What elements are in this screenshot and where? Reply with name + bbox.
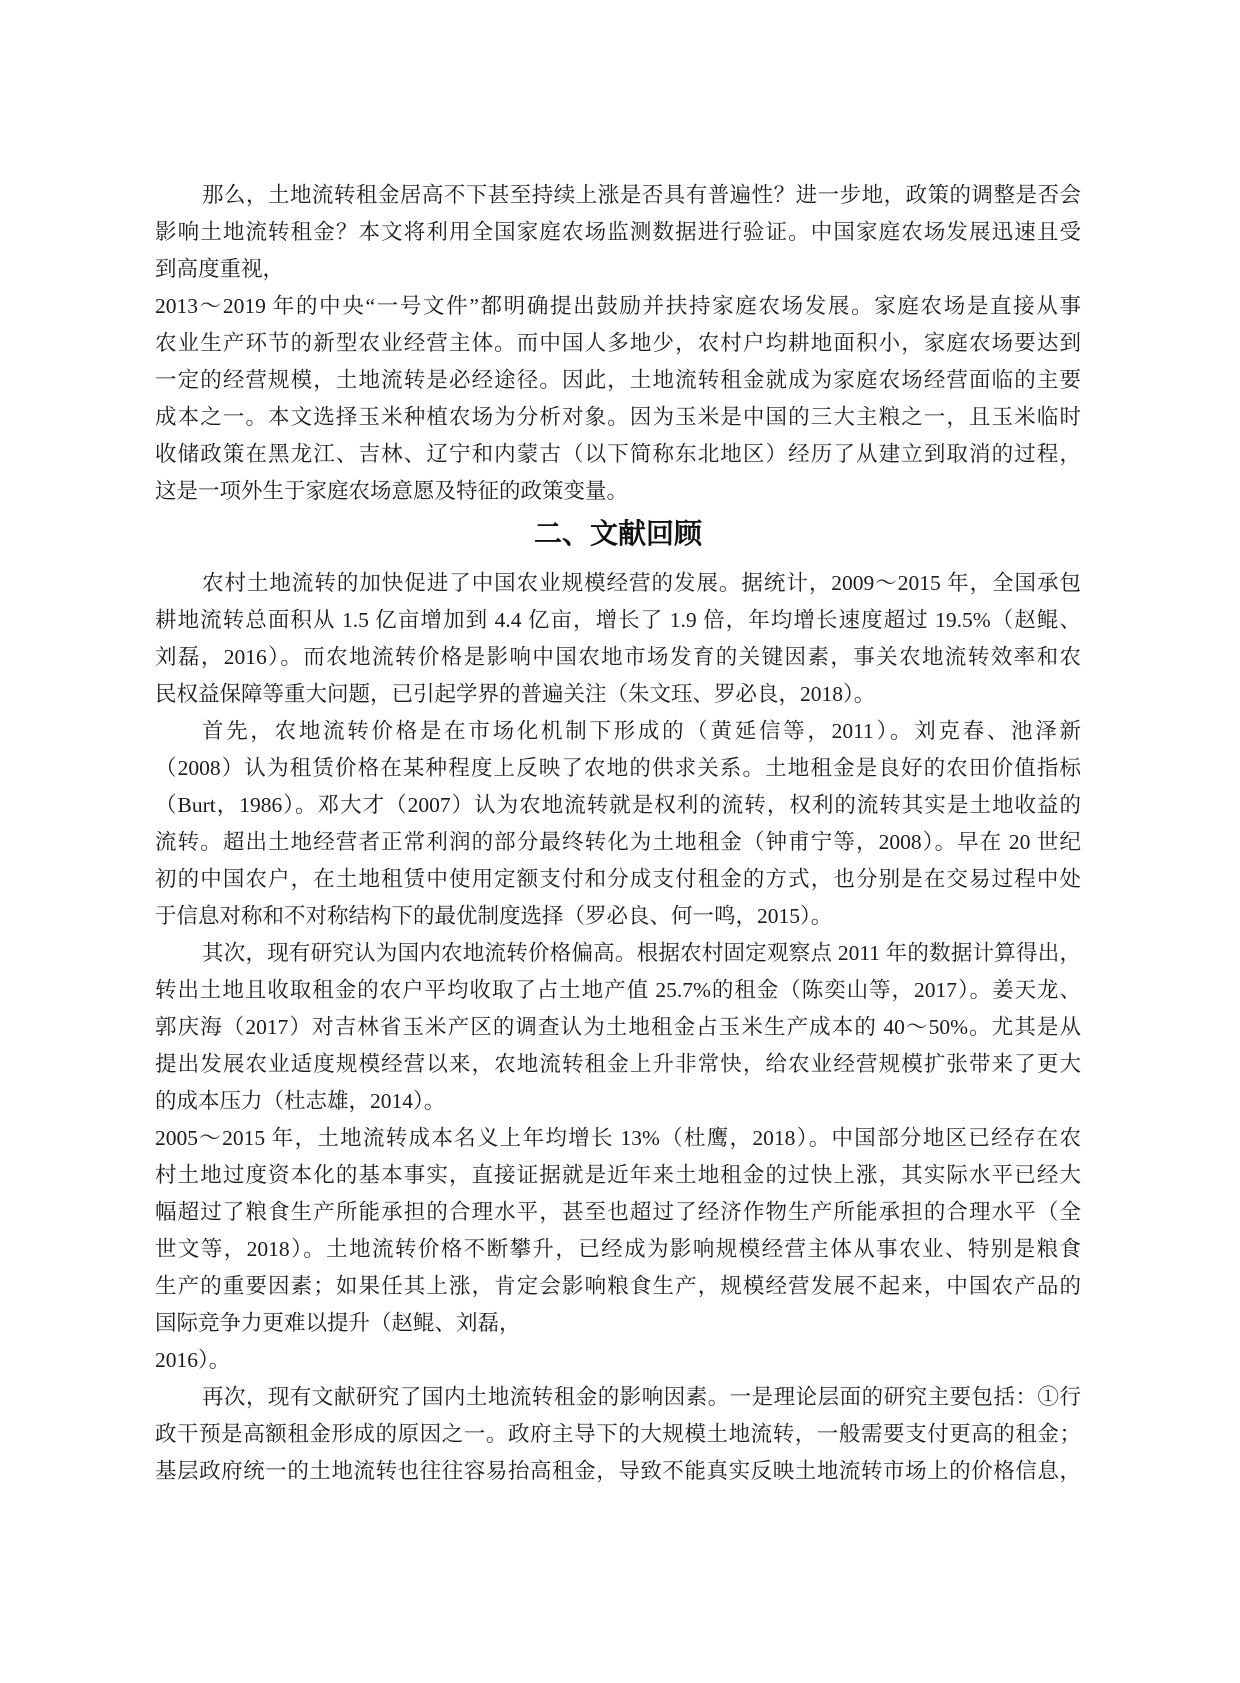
paragraph: 2016）。 [155, 1342, 1081, 1379]
text-line: 民权益保障等重大问题，已引起学界的普遍关注（朱文珏、罗必良，2018）。 [155, 676, 1081, 713]
paragraph: 那么，土地流转租金居高不下甚至持续上涨是否具有普遍性？进一步地，政策的调整是否会… [155, 177, 1081, 288]
text-line: 生产的重要因素；如果任其上涨，肯定会影响粮食生产，规模经营发展不起来，中国农产品… [155, 1268, 1081, 1305]
text-line: 提出发展农业适度规模经营以来，农地流转租金上升非常快，给农业经营规模扩张带来了更… [155, 1046, 1081, 1083]
text-line: 一定的经营规模，土地流转是必经途径。因此，土地流转租金就成为家庭农场经营面临的主… [155, 362, 1081, 399]
text-line: 收储政策在黑龙江、吉林、辽宁和内蒙古（以下简称东北地区）经历了从建立到取消的过程… [155, 436, 1081, 473]
text-line: 那么，土地流转租金居高不下甚至持续上涨是否具有普遍性？进一步地，政策的调整是否会 [155, 177, 1081, 214]
paragraph: 首先，农地流转价格是在市场化机制下形成的（黄延信等，2011）。刘克春、池泽新（… [155, 713, 1081, 935]
text-line: 再次，现有文献研究了国内土地流转租金的影响因素。一是理论层面的研究主要包括：①行 [155, 1379, 1081, 1416]
text-line: （2008）认为租赁价格在某种程度上反映了农地的供求关系。土地租金是良好的农田价… [155, 750, 1081, 787]
paragraph: 2013～2019 年的中央“一号文件”都明确提出鼓励并扶持家庭农场发展。家庭农… [155, 288, 1081, 510]
text-line: 到高度重视， [155, 251, 1081, 288]
text-line: 基层政府统一的土地流转也往往容易抬高租金，导致不能真实反映土地流转市场上的价格信… [155, 1453, 1081, 1490]
text-line: 农村土地流转的加快促进了中国农业规模经营的发展。据统计，2009～2015 年，… [155, 565, 1081, 602]
paragraph: 其次，现有研究认为国内农地流转价格偏高。根据农村固定观察点 2011 年的数据计… [155, 935, 1081, 1120]
text-line: 流转。超出土地经营者正常利润的部分最终转化为土地租金（钟甫宁等，2008）。早在… [155, 824, 1081, 861]
text-line: 2016）。 [155, 1342, 1081, 1379]
text-line: 农业生产环节的新型农业经营主体。而中国人多地少，农村户均耕地面积小，家庭农场要达… [155, 325, 1081, 362]
text-line: 幅超过了粮食生产所能承担的合理水平，甚至也超过了经济作物生产所能承担的合理水平（… [155, 1194, 1081, 1231]
text-line: 国际竞争力更难以提升（赵鲲、刘磊， [155, 1305, 1081, 1342]
text-line: 影响土地流转租金？本文将利用全国家庭农场监测数据进行验证。中国家庭农场发展迅速且… [155, 214, 1081, 251]
text-line: 这是一项外生于家庭农场意愿及特征的政策变量。 [155, 473, 1081, 510]
text-line: 耕地流转总面积从 1.5 亿亩增加到 4.4 亿亩，增长了 1.9 倍，年均增长… [155, 602, 1081, 639]
text-line: 2013～2019 年的中央“一号文件”都明确提出鼓励并扶持家庭农场发展。家庭农… [155, 288, 1081, 325]
text-line: 刘磊，2016）。而农地流转价格是影响中国农地市场发育的关键因素，事关农地流转效… [155, 639, 1081, 676]
text-line: 郭庆海（2017）对吉林省玉米产区的调查认为土地租金占玉米生产成本的 40～50… [155, 1009, 1081, 1046]
text-line: 于信息对称和不对称结构下的最优制度选择（罗必良、何一鸣，2015）。 [155, 898, 1081, 935]
text-line: 世文等，2018）。土地流转价格不断攀升，已经成为影响规模经营主体从事农业、特别… [155, 1231, 1081, 1268]
text-line: 村土地过度资本化的基本事实，直接证据就是近年来土地租金的过快上涨，其实际水平已经… [155, 1157, 1081, 1194]
text-line: 初的中国农户，在土地租赁中使用定额支付和分成支付租金的方式，也分别是在交易过程中… [155, 861, 1081, 898]
text-line: 转出土地且收取租金的农户平均收取了占土地产值 25.7%的租金（陈奕山等，201… [155, 972, 1081, 1009]
text-line: 成本之一。本文选择玉米种植农场为分析对象。因为玉米是中国的三大主粮之一，且玉米临… [155, 399, 1081, 436]
section-heading: 二、文献回顾 [155, 514, 1081, 554]
text-line: 2005～2015 年，土地流转成本名义上年均增长 13%（杜鹰，2018）。中… [155, 1120, 1081, 1157]
document-page: 那么，土地流转租金居高不下甚至持续上涨是否具有普遍性？进一步地，政策的调整是否会… [0, 0, 1240, 1683]
text-line: （Burt，1986）。邓大才（2007）认为农地流转就是权利的流转，权利的流转… [155, 787, 1081, 824]
text-column: 那么，土地流转租金居高不下甚至持续上涨是否具有普遍性？进一步地，政策的调整是否会… [155, 177, 1081, 1490]
paragraph: 农村土地流转的加快促进了中国农业规模经营的发展。据统计，2009～2015 年，… [155, 565, 1081, 713]
text-line: 首先，农地流转价格是在市场化机制下形成的（黄延信等，2011）。刘克春、池泽新 [155, 713, 1081, 750]
text-line: 其次，现有研究认为国内农地流转价格偏高。根据农村固定观察点 2011 年的数据计… [155, 935, 1081, 972]
paragraph: 再次，现有文献研究了国内土地流转租金的影响因素。一是理论层面的研究主要包括：①行… [155, 1379, 1081, 1490]
text-line: 的成本压力（杜志雄，2014）。 [155, 1083, 1081, 1120]
paragraph: 2005～2015 年，土地流转成本名义上年均增长 13%（杜鹰，2018）。中… [155, 1120, 1081, 1342]
text-line: 政干预是高额租金形成的原因之一。政府主导下的大规模土地流转，一般需要支付更高的租… [155, 1416, 1081, 1453]
